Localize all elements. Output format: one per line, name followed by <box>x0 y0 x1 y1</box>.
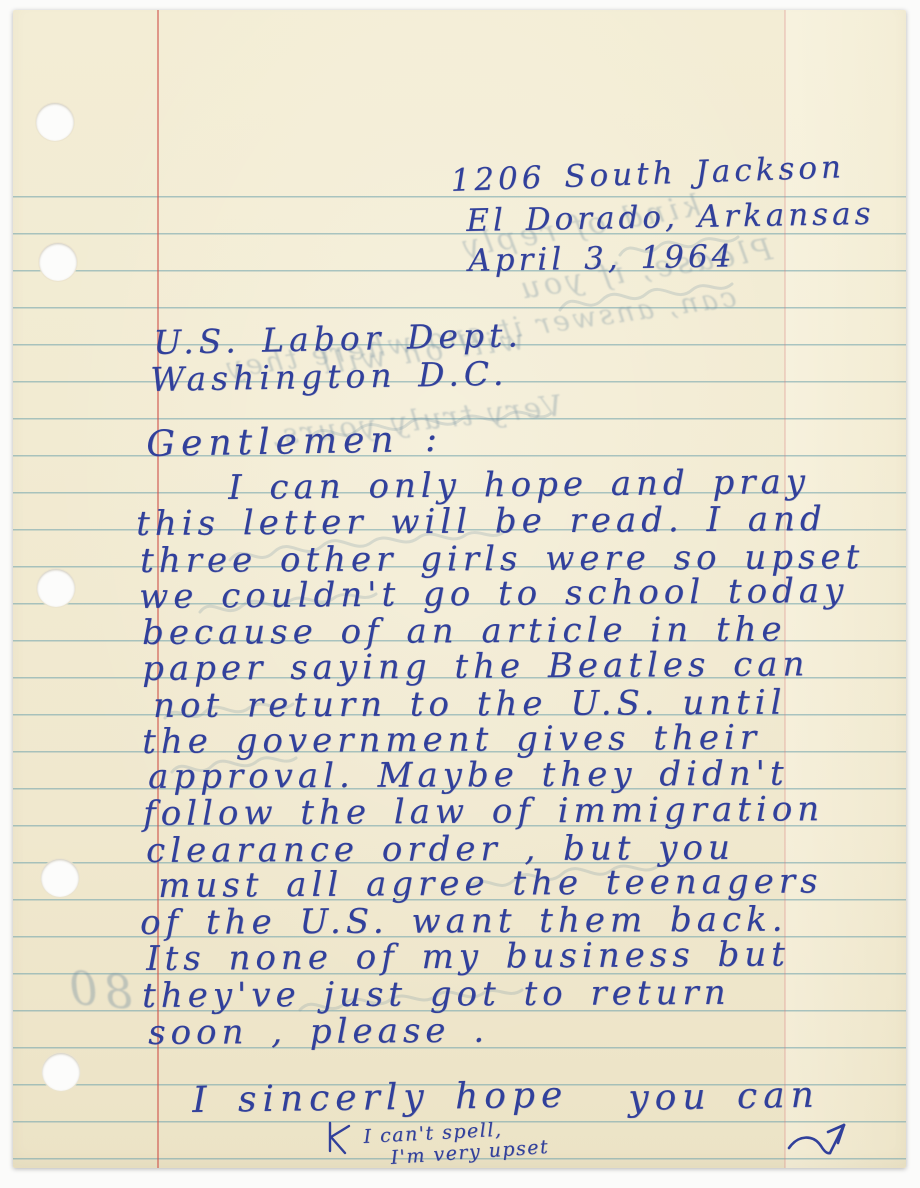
continuation-arrow-icon <box>786 1118 856 1168</box>
body-line: they've just got to return <box>142 973 731 1016</box>
recipient-line2: Washington D.C. <box>150 354 509 399</box>
closing-left: I sincerly hope <box>192 1075 569 1121</box>
punch-hole <box>41 859 79 897</box>
body-line: soon , please . <box>148 1011 489 1053</box>
closing-right: you can <box>628 1075 820 1119</box>
punch-hole <box>36 103 74 141</box>
scanned-letter-page: kind of reply Please, if you can, answer… <box>0 0 920 1188</box>
punch-hole <box>39 243 77 281</box>
return-address-line2: El Dorado, Arkansas <box>466 196 875 239</box>
punch-hole <box>42 1053 80 1091</box>
salutation: Gentlemen : <box>146 419 443 465</box>
caret-arrow-icon <box>322 1120 354 1156</box>
punch-hole <box>37 569 75 607</box>
date-line: April 3, 1964 <box>468 238 736 279</box>
ghost-fragment: 80 <box>60 960 135 1020</box>
